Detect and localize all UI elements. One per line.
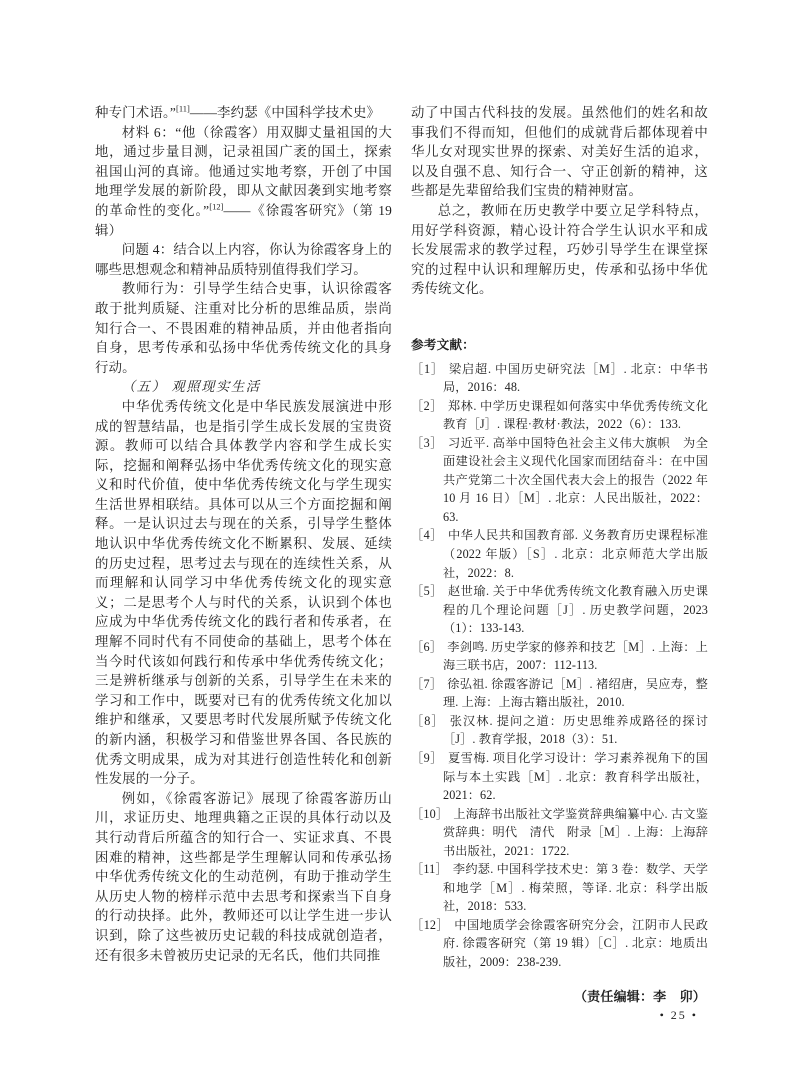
reference-text: 徐弘祖. 徐霞客游记［M］. 褚绍唐，吴应寿，整理. 上海：上海古籍出版社，20… — [443, 677, 708, 710]
reference-text: 郑林. 中学历史课程如何落实中华优秀传统文化教育［J］. 课程·教材·教法，20… — [443, 399, 708, 432]
reference-number: ［7］ — [411, 677, 442, 691]
reference-item: ［10］上海辞书出版社文学鉴赏辞典编纂中心. 古文鉴赏辞典：明代 清代 附录［M… — [411, 805, 708, 861]
reference-item: ［12］中国地质学会徐霞客研究分会，江阴市人民政府. 徐霞客研究（第 19 辑）… — [411, 916, 708, 972]
left-column: 种专门术语。”[11]——李约瑟《中国科学技术史》 材料 6：“他（徐霞客）用双… — [95, 103, 392, 965]
reference-text: 李约瑟. 中国科学技术史：第 3 卷：数学、天学和地学［M］. 梅荣照，等译. … — [443, 862, 708, 913]
page-number: • 25 • — [411, 1006, 708, 1025]
reference-text: 李剑鸣. 历史学家的修养和技艺［M］. 上海：上海三联书店，2007：112-1… — [443, 640, 708, 673]
reference-text: 习近平. 高举中国特色社会主义伟大旗帜 为全面建设社会主义现代化国家而团结奋斗：… — [443, 436, 708, 524]
references-title: 参考文献： — [411, 336, 708, 355]
journal-page: 种专门术语。”[11]——李约瑟《中国科学技术史》 材料 6：“他（徐霞客）用双… — [0, 0, 800, 1077]
reference-text: 赵世瑜. 关于中华优秀传统文化教育融入历史课程的几个理论问题［J］. 历史教学问… — [443, 584, 708, 635]
reference-item: ［9］夏雪梅. 项目化学习设计：学习素养视角下的国际与本土实践［M］. 北京：教… — [411, 749, 708, 805]
reference-number: ［4］ — [411, 528, 443, 542]
reference-number: ［5］ — [411, 584, 443, 598]
reference-number: ［1］ — [411, 362, 444, 376]
reference-text: 中华人民共和国教育部. 义务教育历史课程标准（2022 年版）［S］. 北京：北… — [443, 528, 708, 579]
reference-number: ［2］ — [411, 399, 443, 413]
paragraph-question-4: 问题 4：结合以上内容，你认为徐霞客身上的哪些思想观念和精神品质特别值得我们学习… — [95, 240, 392, 279]
reference-item: ［11］李约瑟. 中国科学技术史：第 3 卷：数学、天学和地学［M］. 梅荣照，… — [411, 860, 708, 916]
reference-number: ［12］ — [411, 918, 449, 932]
reference-item: ［4］中华人民共和国教育部. 义务教育历史课程标准（2022 年版）［S］. 北… — [411, 526, 708, 582]
reference-number: ［9］ — [411, 751, 443, 765]
quote-attribution: ——李约瑟《中国科学技术史》 — [190, 105, 380, 120]
reference-text: 中国地质学会徐霞客研究分会，江阴市人民政府. 徐霞客研究（第 19 辑）［C］.… — [443, 918, 708, 969]
citation-superscript: [12] — [209, 202, 223, 212]
reference-text: 上海辞书出版社文学鉴赏辞典编纂中心. 古文鉴赏辞典：明代 清代 附录［M］. 上… — [443, 807, 708, 858]
reference-item: ［5］赵世瑜. 关于中华优秀传统文化教育融入历史课程的几个理论问题［J］. 历史… — [411, 582, 708, 638]
reference-item: ［1］梁启超. 中国历史研究法［M］. 北京：中华书局，2016：48. — [411, 360, 708, 397]
paragraph-material-6: 材料 6：“他（徐霞客）用双脚丈量祖国的大地，通过步量目测，记录祖国广袤的国土，… — [95, 123, 392, 241]
reference-item: ［2］郑林. 中学历史课程如何落实中华优秀传统文化教育［J］. 课程·教材·教法… — [411, 397, 708, 434]
reference-number: ［11］ — [411, 862, 448, 876]
reference-number: ［8］ — [411, 714, 445, 728]
paragraph-conclusion: 总之，教师在历史教学中要立足学科特点，用好学科资源，精心设计符合学生认识水平和成… — [411, 201, 708, 299]
reference-text: 夏雪梅. 项目化学习设计：学习素养视角下的国际与本土实践［M］. 北京：教育科学… — [443, 751, 708, 802]
reference-item: ［3］习近平. 高举中国特色社会主义伟大旗帜 为全面建设社会主义现代化国家而团结… — [411, 434, 708, 527]
reference-text: 梁启超. 中国历史研究法［M］. 北京：中华书局，2016：48. — [443, 362, 708, 395]
reference-item: ［7］徐弘祖. 徐霞客游记［M］. 褚绍唐，吴应寿，整理. 上海：上海古籍出版社… — [411, 675, 708, 712]
quote-text: 种专门术语。” — [95, 105, 176, 120]
references-list: ［1］梁启超. 中国历史研究法［M］. 北京：中华书局，2016：48. ［2］… — [411, 360, 708, 972]
reference-text: 张汉林. 提问之道：历史思维养成路径的探讨［J］. 教育学报，2018（3）：5… — [443, 714, 708, 747]
reference-number: ［10］ — [411, 807, 448, 821]
paragraph-continuation: 动了中国古代科技的发展。虽然他们的姓名和故事我们不得而知，但他们的成就背后都体现… — [411, 103, 708, 201]
paragraph-teacher-action: 教师行为：引导学生结合史事，认识徐霞客敢于批判质疑、注重对比分析的思维品质，崇尚… — [95, 279, 392, 377]
reference-item: ［6］李剑鸣. 历史学家的修养和技艺［M］. 上海：上海三联书店，2007：11… — [411, 638, 708, 675]
reference-number: ［6］ — [411, 640, 442, 654]
citation-superscript: [11] — [176, 104, 190, 114]
paragraph-quote-continuation: 种专门术语。”[11]——李约瑟《中国科学技术史》 — [95, 103, 392, 123]
paragraph-body: 中华优秀传统文化是中华民族发展演进中形成的智慧结晶，也是指引学生成长发展的宝贵资… — [95, 397, 392, 789]
paragraph-example: 例如，《徐霞客游记》展现了徐霞客游历山川，求证历史、地理典籍之正误的具体行动以及… — [95, 789, 392, 965]
reference-number: ［3］ — [411, 436, 443, 450]
reference-item: ［8］张汉林. 提问之道：历史思维养成路径的探讨［J］. 教育学报，2018（3… — [411, 712, 708, 749]
right-column: 动了中国古代科技的发展。虽然他们的姓名和故事我们不得而知，但他们的成就背后都体现… — [411, 103, 708, 1025]
section-heading-5: （五） 观照现实生活 — [95, 377, 392, 397]
editor-note: （责任编辑：李 卯） — [411, 987, 708, 1006]
